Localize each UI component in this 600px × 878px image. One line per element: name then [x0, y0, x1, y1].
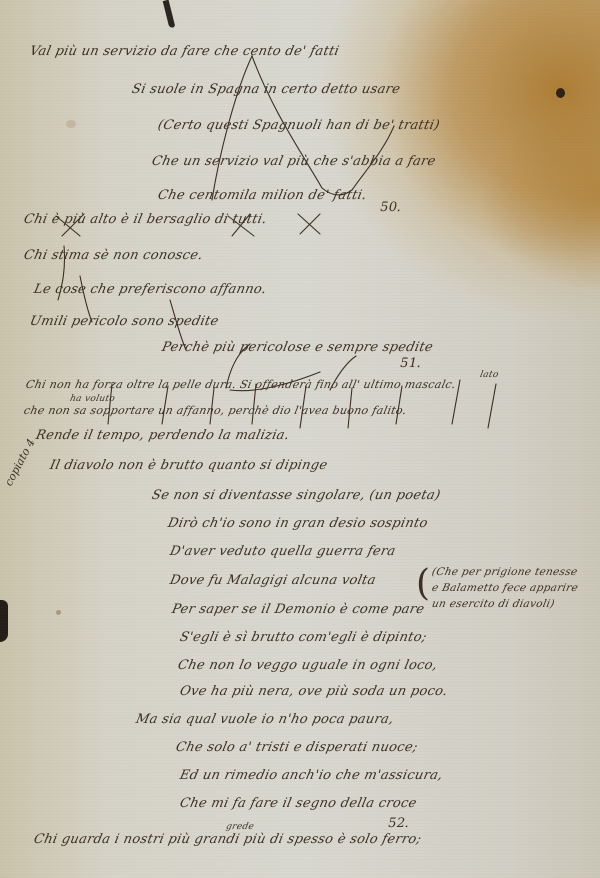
side-note-line: e Balametto fece apparire [431, 582, 580, 594]
verse-line: Se non si diventasse singolare, (un poet… [150, 488, 442, 503]
prose-line: che non sa sopportare un affanno, perchè… [23, 404, 408, 417]
verse-line: Ma sia qual vuole io n'ho poca paura, [134, 712, 395, 727]
interlinear-insert: ha voluto [69, 394, 116, 404]
side-note-line: un esercito di diavoli) [431, 598, 556, 610]
verse-line: Per saper se il Demonio è come pare [170, 602, 425, 617]
verse-line: Chi stima sè non conosce. [22, 248, 204, 263]
verse-line: Che solo a' tristi e disperati nuoce; [174, 740, 419, 755]
stanza-number: 50. [378, 200, 403, 215]
verse-line: Che non lo veggo uguale in ogni loco, [176, 658, 438, 673]
verse-line: (Certo questi Spagnuoli han di be' tratt… [156, 118, 441, 133]
ink-tear-mark [163, 0, 176, 28]
verse-line: Ed un rimedio anch'io che m'assicura, [178, 768, 444, 783]
foxing-spot [66, 120, 76, 128]
verse-line: Che mi fa fare il segno della croce [178, 796, 418, 811]
stanza-number: 52. [386, 816, 411, 831]
verse-line: D'aver veduto quella guerra fera [168, 544, 397, 559]
verse-line: Che un servizio val più che s'abbia a fa… [150, 154, 437, 169]
verse-line: Le cose che preferiscono affanno. [32, 282, 267, 297]
verse-line: Il diavolo non è brutto quanto si diping… [48, 458, 329, 473]
verse-line: Perchè più pericolose e sempre spedite [160, 340, 434, 355]
verse-line: Che centomila milion de' fatti. [156, 188, 368, 203]
verse-line: Val più un servizio da fare che cento de… [28, 44, 340, 59]
verse-line: S'egli è sì brutto com'egli è dipinto; [178, 630, 428, 645]
margin-note: copiato 4 [2, 437, 38, 489]
manuscript-page: Val più un servizio da fare che cento de… [0, 0, 600, 878]
verse-line: Ove ha più nera, ove più soda un poco. [178, 684, 449, 699]
verse-line: Dove fu Malagigi alcuna volta [168, 573, 377, 588]
verse-line: Chi guarda i nostri più grandi più di sp… [32, 832, 422, 847]
interlinear-insert: lato [479, 370, 500, 380]
stanza-number: 51. [398, 356, 423, 371]
prose-line: Chi non ha forza oltre la pelle dura. Si… [25, 378, 458, 391]
interlinear-insert: grede [225, 822, 255, 832]
verse-line: Chi è più alto è il bersaglio di tutti. [22, 212, 268, 227]
verse-line: Dirò ch'io sono in gran desio sospinto [166, 516, 429, 531]
ink-dot [556, 88, 565, 98]
side-note-line: (Che per prigione tenesse [431, 566, 579, 578]
verse-line: Si suole in Spagna in certo detto usare [130, 82, 401, 97]
foxing-spot [56, 610, 61, 615]
ink-blot-left-edge [0, 600, 8, 642]
verse-line: Umili pericolo sono spedite [28, 314, 220, 329]
prose-line: Rende il tempo, perdendo la malizia. [34, 428, 290, 443]
bracket: ( [416, 566, 430, 602]
